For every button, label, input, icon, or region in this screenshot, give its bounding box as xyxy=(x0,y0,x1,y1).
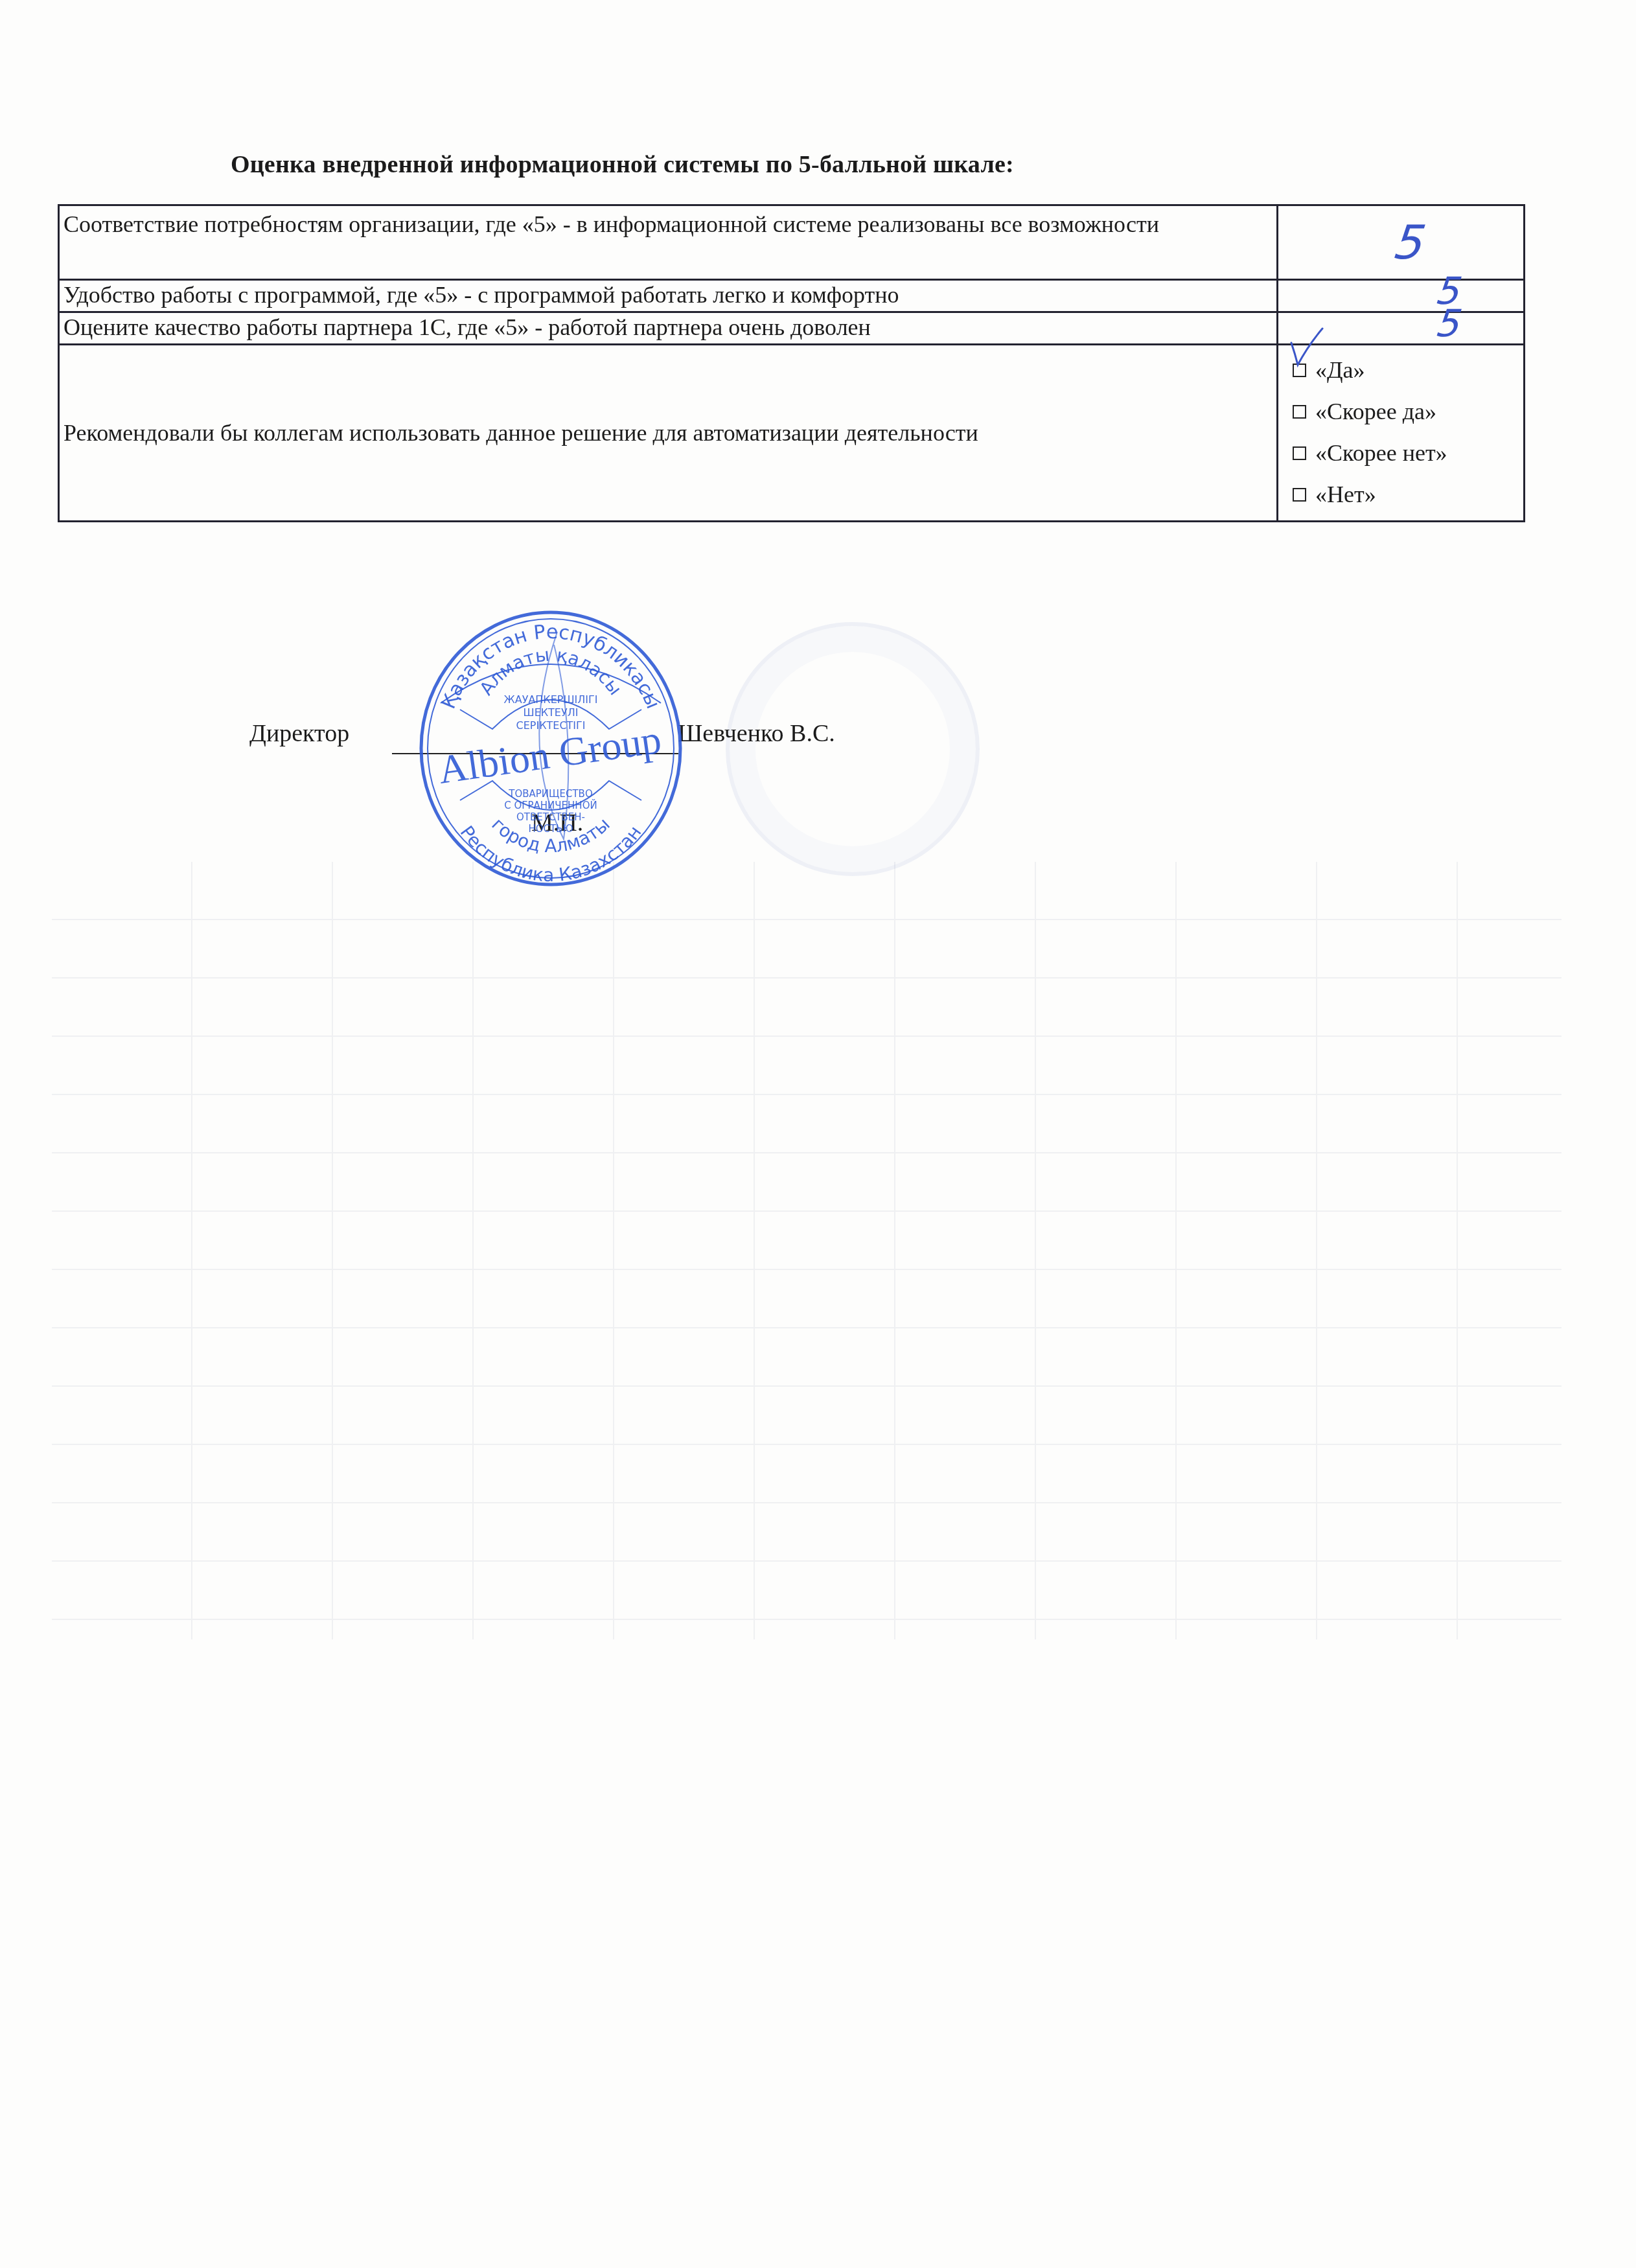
svg-text:ЖАУАПКЕРШІЛІГІ: ЖАУАПКЕРШІЛІГІ xyxy=(503,693,597,706)
signatory-position: Директор xyxy=(249,719,349,748)
svg-text:ОТВЕТСТВЕН-: ОТВЕТСТВЕН- xyxy=(516,811,585,823)
option-label: «Скорее да» xyxy=(1315,396,1436,427)
svg-text:ТОВАРИЩЕСТВО: ТОВАРИЩЕСТВО xyxy=(508,788,592,800)
page-title: Оценка внедренной информационной системы… xyxy=(231,150,1014,179)
option-rather-no[interactable]: «Скорее нет» xyxy=(1293,432,1523,474)
question-cell: Оцените качество работы партнера 1С, где… xyxy=(59,312,1278,345)
reverse-side-show-through xyxy=(52,862,1561,1639)
svg-text:ШЕКТЕУЛІ: ШЕКТЕУЛІ xyxy=(524,706,579,719)
score-cell[interactable]: 5 xyxy=(1278,205,1525,280)
question-cell: Соответствие потребностям организации, г… xyxy=(59,205,1278,280)
handwritten-score: 5 xyxy=(1392,216,1429,268)
option-label: «Скорее нет» xyxy=(1315,437,1447,469)
handwritten-checkmark-icon xyxy=(1289,326,1328,371)
reverse-side-stamp-show-through xyxy=(726,622,980,876)
checkbox-icon[interactable] xyxy=(1293,405,1306,419)
option-yes[interactable]: «Да» xyxy=(1293,349,1523,391)
company-stamp-icon: Қазақстан Республикасы Алматы қаласы Рес… xyxy=(415,606,687,891)
table-row: Соответствие потребностям организации, г… xyxy=(59,205,1525,280)
option-label: «Нет» xyxy=(1315,479,1376,510)
table-row: Удобство работы с программой, где «5» - … xyxy=(59,280,1525,312)
option-no[interactable]: «Нет» xyxy=(1293,474,1523,515)
question-cell: Рекомендовали бы коллегам использовать д… xyxy=(59,345,1278,522)
question-cell: Удобство работы с программой, где «5» - … xyxy=(59,280,1278,312)
score-cell[interactable]: 5 xyxy=(1278,280,1525,312)
svg-text:НОСТЬЮ: НОСТЬЮ xyxy=(528,823,573,835)
table-row: Рекомендовали бы коллегам использовать д… xyxy=(59,345,1525,522)
handwritten-score: 5 xyxy=(1435,309,1463,338)
recommend-options: «Да» «Скорее да» «Скорее нет» «Нет» xyxy=(1278,345,1525,522)
option-rather-yes[interactable]: «Скорее да» xyxy=(1293,391,1523,432)
signatory-name: Шевченко В.С. xyxy=(678,719,835,748)
checkbox-icon[interactable] xyxy=(1293,446,1306,460)
rating-table: Соответствие потребностям организации, г… xyxy=(58,204,1525,522)
checkbox-icon[interactable] xyxy=(1293,488,1306,502)
